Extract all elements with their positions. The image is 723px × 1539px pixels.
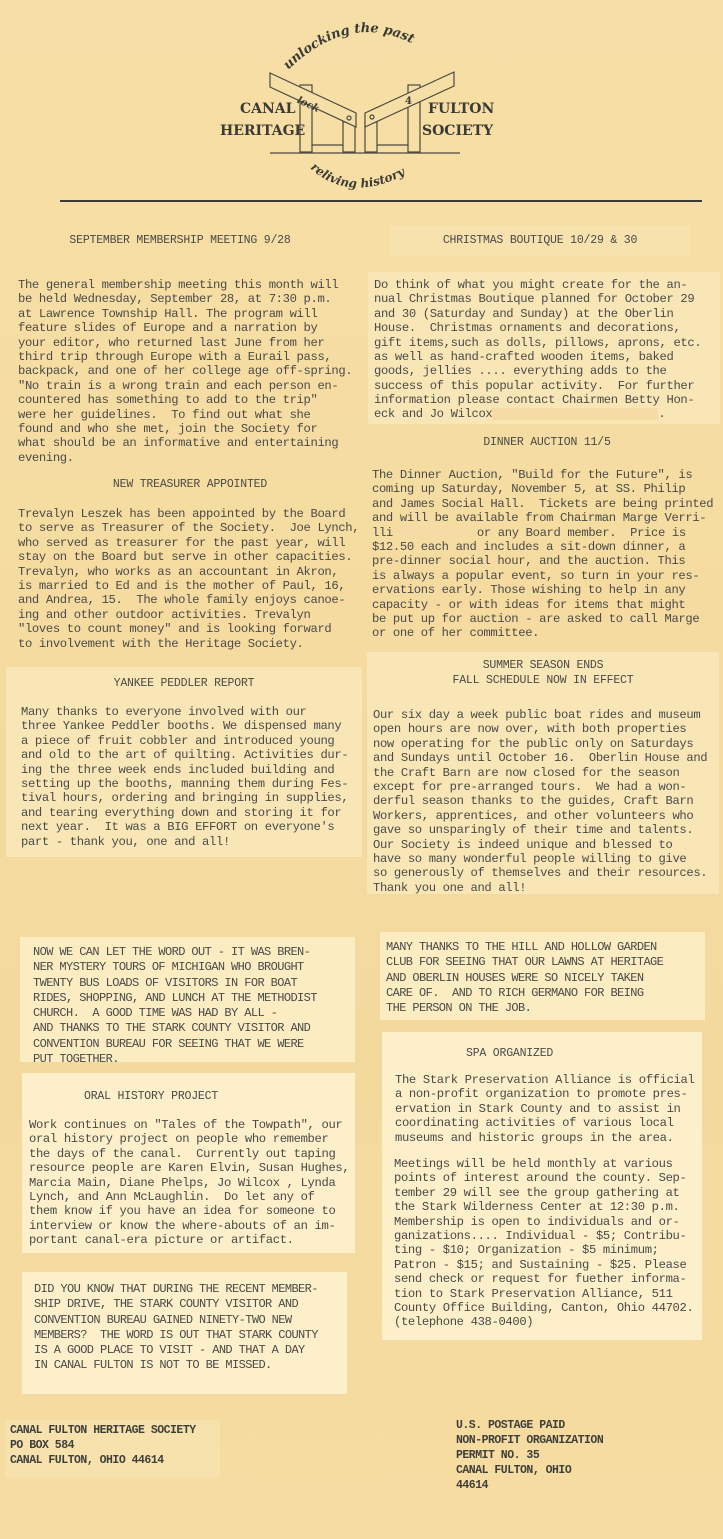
- yankee-peddler-clipping: YANKEE PEDDLER REPORT Many thanks to eve…: [6, 667, 362, 857]
- masthead-bottom-motto: reliving history: [308, 160, 408, 191]
- christmas-boutique-body: Do think of what you might create for th…: [374, 278, 701, 408]
- redacted-phone: [492, 408, 658, 420]
- masthead-top-motto: unlocking the past: [281, 21, 417, 73]
- sign-right-text: 4: [405, 96, 412, 107]
- dinner-auction-body-b: $12.50 each and includes a sit-down dinn…: [372, 540, 699, 641]
- masthead-divider: [60, 200, 702, 202]
- return-address: CANAL FULTON HERITAGE SOCIETY PO BOX 584…: [10, 1423, 196, 1468]
- canal-lock-logo-icon: unlocking the past reliving history lock…: [200, 0, 530, 200]
- dinner-auction-title: DINNER AUCTION 11/5: [372, 436, 722, 449]
- membership-meeting-body: The general membership meeting this mont…: [18, 278, 352, 465]
- dinner-auction-line-end: or any Board member. Price is: [477, 526, 686, 540]
- garden-club-body: MANY THANKS TO THE HILL AND HOLLOW GARDE…: [386, 940, 663, 1016]
- new-treasurer-body: Trevalyn Leszek has been appointed by th…: [18, 507, 359, 651]
- oral-history-body: Work continues on "Tales of the Towpath"…: [29, 1118, 349, 1248]
- masthead-logo: unlocking the past reliving history lock…: [200, 0, 530, 200]
- logo-word-fulton: FULTON: [428, 101, 494, 117]
- christmas-boutique-title-strip: CHRISTMAS BOUTIQUE 10/29 & 30: [390, 226, 690, 256]
- brenner-tours-clipping: NOW WE CAN LET THE WORD OUT - IT WAS BRE…: [20, 937, 355, 1062]
- spa-organized-body-a: The Stark Preservation Alliance is offic…: [395, 1073, 694, 1145]
- logo-word-society: SOCIETY: [422, 123, 494, 139]
- christmas-boutique-last-line: eck and Jo Wilcox.: [374, 407, 665, 421]
- summer-season-clipping: SUMMER SEASON ENDS FALL SCHEDULE NOW IN …: [367, 652, 719, 894]
- dinner-auction-redacted-line: llior any Board member. Price is: [372, 526, 686, 540]
- svg-text:unlocking the past: unlocking the past: [281, 21, 417, 73]
- dinner-auction-body-a: The Dinner Auction, "Build for the Futur…: [372, 468, 713, 526]
- summer-season-body: Our six day a week public boat rides and…: [373, 708, 707, 895]
- oral-history-title: ORAL HISTORY PROJECT: [84, 1090, 218, 1103]
- svg-text:reliving history: reliving history: [308, 160, 408, 191]
- garden-club-clipping: MANY THANKS TO THE HILL AND HOLLOW GARDE…: [380, 932, 705, 1020]
- redacted-phone: [397, 526, 473, 538]
- spa-organized-title: SPA ORGANIZED: [466, 1047, 553, 1060]
- oral-history-clipping: ORAL HISTORY PROJECT Work continues on "…: [22, 1073, 355, 1253]
- dinner-auction-line-start: lli: [372, 526, 393, 540]
- return-address-label: CANAL FULTON HERITAGE SOCIETY PO BOX 584…: [5, 1420, 220, 1478]
- spa-organized-body-b: Meetings will be held monthly at various…: [394, 1157, 693, 1330]
- yankee-peddler-body: Many thanks to everyone involved with ou…: [21, 705, 348, 849]
- christmas-boutique-title: CHRISTMAS BOUTIQUE 10/29 & 30: [390, 234, 690, 247]
- visitor-bureau-clipping: DID YOU KNOW THAT DURING THE RECENT MEMB…: [22, 1272, 347, 1394]
- new-treasurer-title: NEW TREASURER APPOINTED: [20, 478, 360, 491]
- christmas-boutique-last-line-end: .: [658, 407, 665, 421]
- christmas-boutique-clipping: Do think of what you might create for th…: [368, 272, 720, 424]
- postage-indicia: U.S. POSTAGE PAID NON-PROFIT ORGANIZATIO…: [456, 1418, 603, 1493]
- christmas-boutique-last-line-start: eck and Jo Wilcox: [374, 407, 492, 421]
- yankee-peddler-title: YANKEE PEDDLER REPORT: [6, 677, 362, 690]
- summer-season-title: SUMMER SEASON ENDS FALL SCHEDULE NOW IN …: [367, 658, 719, 688]
- visitor-bureau-body: DID YOU KNOW THAT DURING THE RECENT MEMB…: [34, 1282, 318, 1374]
- spa-organized-clipping: SPA ORGANIZED The Stark Preservation All…: [382, 1032, 702, 1340]
- logo-word-heritage: HERITAGE: [220, 123, 305, 139]
- brenner-tours-body: NOW WE CAN LET THE WORD OUT - IT WAS BRE…: [33, 945, 317, 1067]
- logo-word-canal: CANAL: [240, 101, 296, 117]
- membership-meeting-title: SEPTEMBER MEMBERSHIP MEETING 9/28: [20, 234, 340, 247]
